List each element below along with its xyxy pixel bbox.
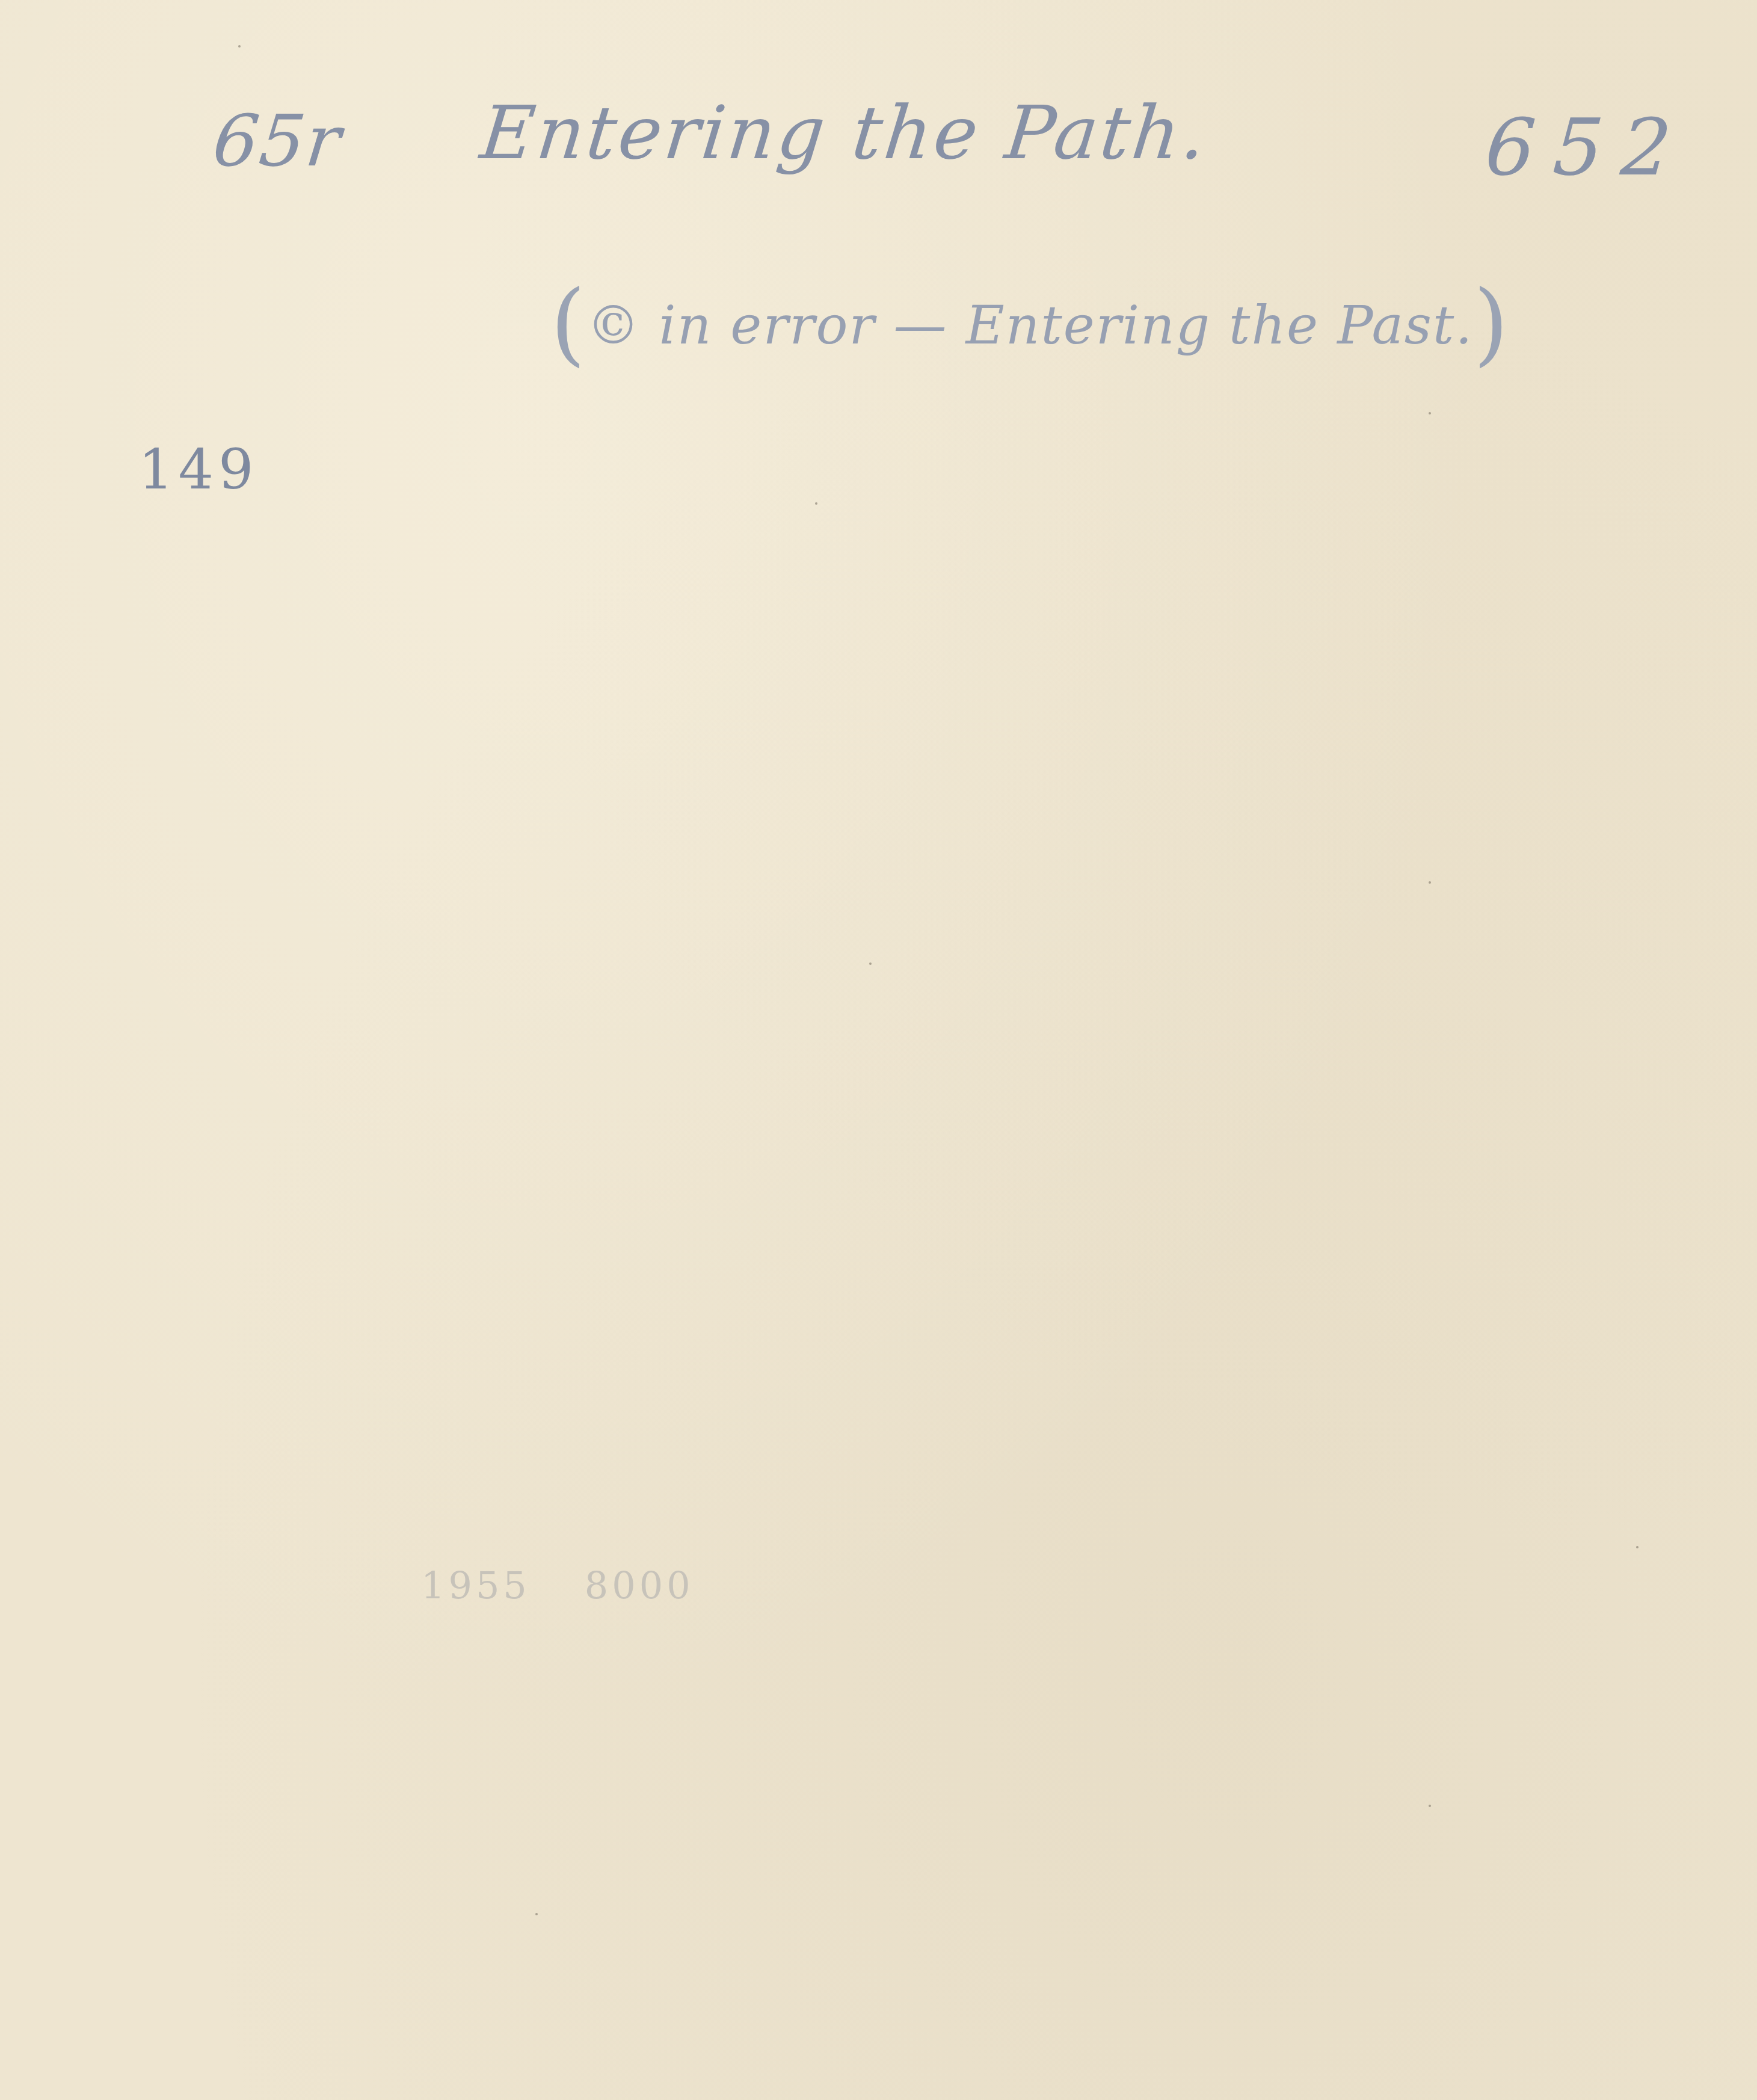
note-open-paren: ( (550, 271, 587, 376)
paper-speck (535, 1913, 538, 1915)
manuscript-page: 65r Entering the Path. 652 (© in error —… (0, 0, 1757, 2100)
paper-speck (869, 962, 872, 965)
paper-speck (1429, 881, 1431, 884)
paper-speck (815, 502, 817, 505)
faint-note-year: 1955 (421, 1563, 531, 1607)
faint-note-number: 8000 (585, 1563, 694, 1607)
folio-right: 652 (1483, 108, 1691, 186)
paper-speck (238, 45, 241, 48)
page-title: Entering the Path. (478, 96, 1212, 170)
note-close-paren: ) (1473, 271, 1510, 376)
paper-speck (1429, 412, 1431, 414)
note-text: in error — Entering the Past. (659, 294, 1474, 356)
folio-left: 65r (210, 105, 345, 176)
paper-speck (1429, 1805, 1431, 1807)
faint-archival-note: 19558000 (421, 1567, 694, 1604)
page-number: 149 (138, 442, 259, 497)
copyright-icon: © (587, 294, 641, 356)
copyright-note: (© in error — Entering the Past.) (550, 268, 1510, 358)
paper-speck (1636, 1546, 1639, 1548)
